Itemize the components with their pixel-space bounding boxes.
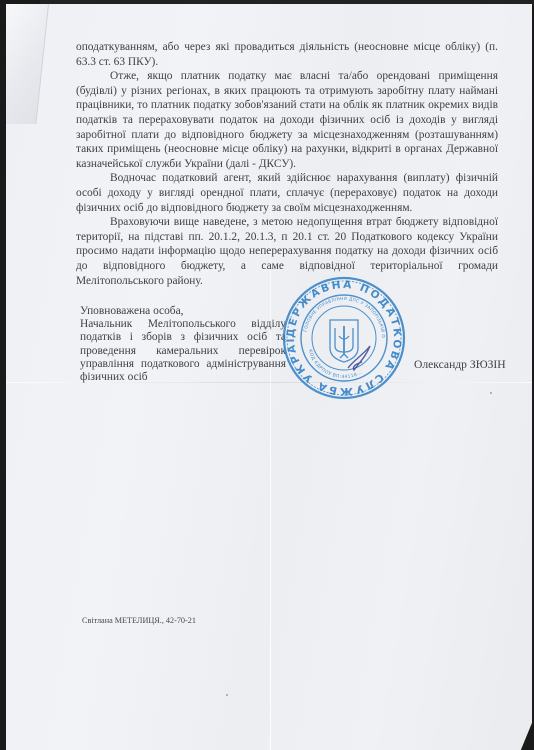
torn-corner [520, 718, 532, 750]
signature-line: управління податкового адміністрування [80, 358, 286, 371]
body-paragraph: Отже, якщо платник податку має власні та… [76, 69, 498, 171]
stamp-seal-icon: ДЕРЖАВНА ПОДАТКОВА СЛУЖБА УКРАЇНИ • 7 • … [282, 276, 406, 400]
paper-speck [226, 694, 228, 696]
folded-corner [6, 4, 49, 124]
official-stamp: ДЕРЖАВНА ПОДАТКОВА СЛУЖБА УКРАЇНИ • 7 • … [282, 276, 406, 400]
signature-block: Уповноважена особа, Начальник Мелітополь… [80, 305, 286, 384]
paper-speck [490, 392, 492, 394]
signature-line: Уповноважена особа, [80, 305, 286, 318]
signature-line: податків і зборів з фізичних осіб та [80, 331, 286, 344]
tryzub-emblem-icon [330, 320, 358, 362]
body-paragraph: Водночас податковий агент, який здійснює… [76, 171, 498, 215]
svg-text:КОД ЄДРПОУ ВП:44118...: КОД ЄДРПОУ ВП:44118... [307, 349, 363, 380]
executor-contact: Світлана МЕТЕЛИЦЯ., 42-70-21 [82, 616, 196, 625]
signature-line: Начальник Мелітопольського відділу [80, 318, 286, 331]
body-paragraph: оподаткуванням, або через які провадитьс… [76, 40, 498, 69]
signer-name: Олександр ЗЮЗІН [414, 358, 506, 371]
letter-body: оподаткуванням, або через які провадитьс… [76, 40, 498, 288]
signature-line: проведення камеральних перевірок [80, 345, 286, 358]
scanned-page-background: оподаткуванням, або через які провадитьс… [0, 0, 534, 750]
signature-line: фізичних осіб [80, 371, 286, 384]
